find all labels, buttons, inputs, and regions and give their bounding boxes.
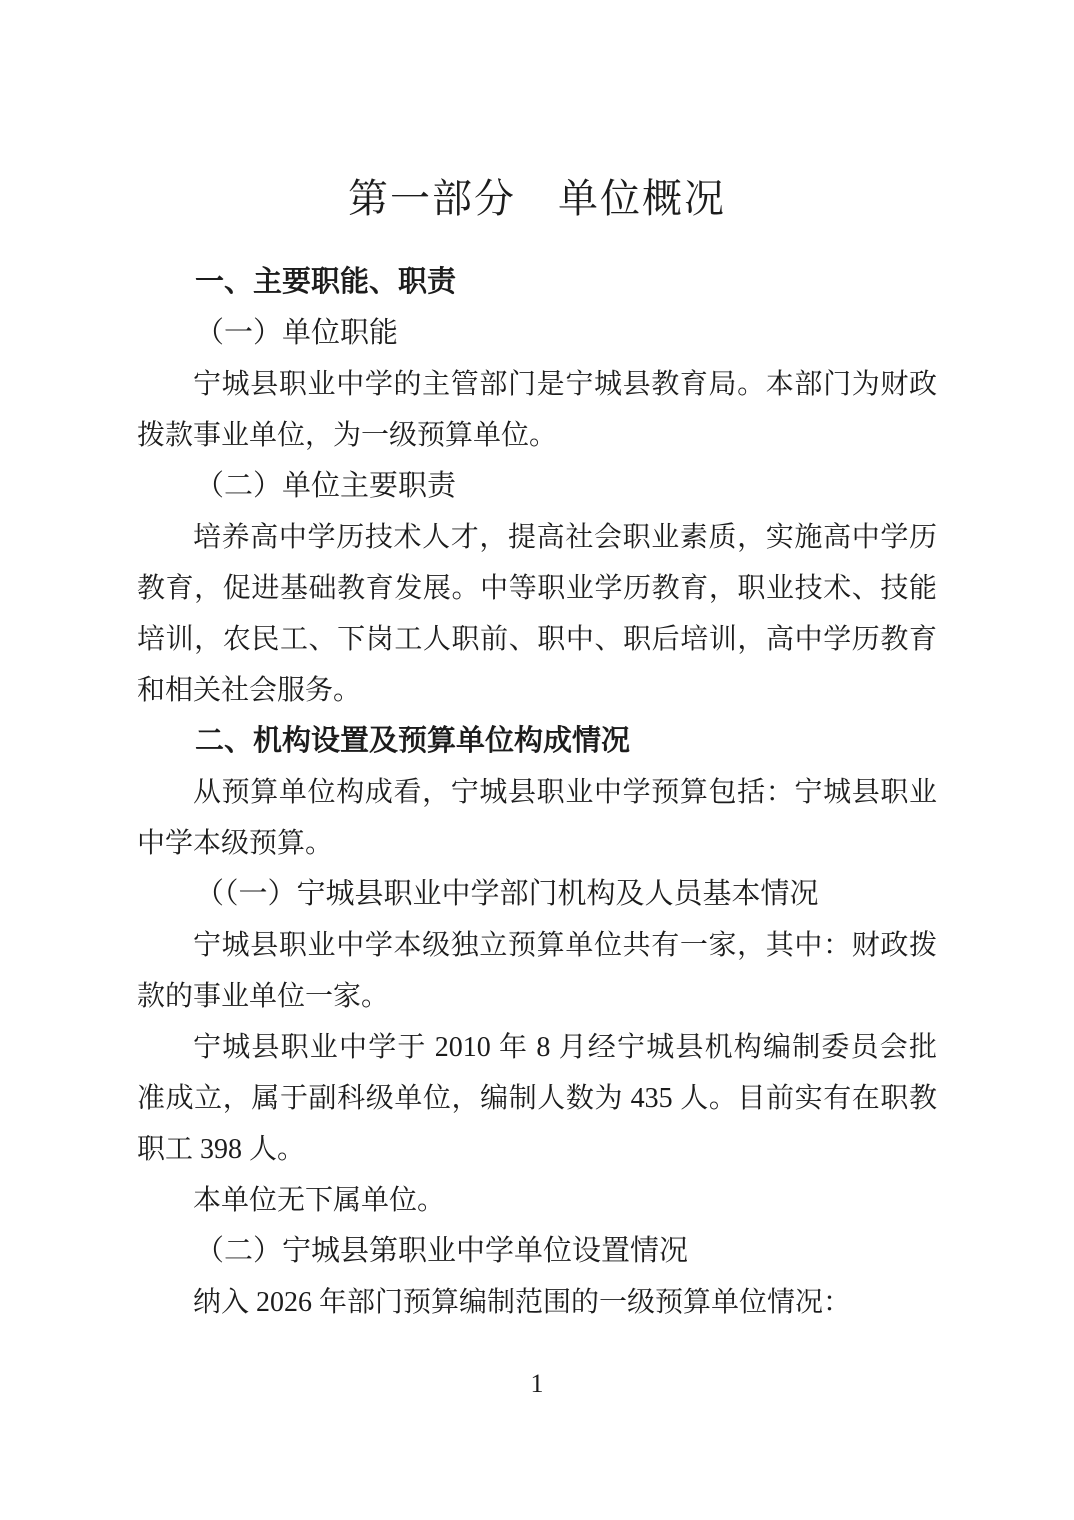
paragraph: 宁城县职业中学本级独立预算单位共有一家，其中：财政拨款的事业单位一家。 [137,920,937,1022]
paragraph: 本单位无下属单位。 [137,1175,937,1226]
text-line: 一、主要职能、职责 [137,257,937,308]
text-line: 宁城县职业中学本级独立预算单位共有一家，其中：财政拨 [137,920,937,971]
section-heading: （二）单位主要职责 [137,461,937,512]
section-heading: （（一）宁城县职业中学部门机构及人员基本情况 [137,869,937,920]
paragraph: 宁城县职业中学于 2010 年 8 月经宁城县机构编制委员会批准成立，属于副科级… [137,1022,937,1175]
text-line: （二）单位主要职责 [137,461,937,512]
document-page: 第一部分 单位概况 一、主要职能、职责（一）单位职能宁城县职业中学的主管部门是宁… [0,0,1074,1520]
paragraph: 从预算单位构成看，宁城县职业中学预算包括：宁城县职业中学本级预算。 [137,767,937,869]
paragraph: 宁城县职业中学的主管部门是宁城县教育局。本部门为财政拨款事业单位，为一级预算单位… [137,359,937,461]
text-line: 职工 398 人。 [137,1124,937,1175]
text-line: （二）宁城县第职业中学单位设置情况 [137,1226,937,1277]
text-line: 二、机构设置及预算单位构成情况 [137,716,937,767]
text-line: （（一）宁城县职业中学部门机构及人员基本情况 [137,869,937,920]
document-title: 第一部分 单位概况 [137,166,937,232]
text-line: 宁城县职业中学于 2010 年 8 月经宁城县机构编制委员会批 [137,1022,937,1073]
section-heading: 一、主要职能、职责 [137,257,937,308]
section-heading: 二、机构设置及预算单位构成情况 [137,716,937,767]
text-line: 教育，促进基础教育发展。中等职业学历教育，职业技术、技能 [137,563,937,614]
text-line: 培训，农民工、下岗工人职前、职中、职后培训，高中学历教育 [137,614,937,665]
text-line: 款的事业单位一家。 [137,971,937,1022]
text-line: 本单位无下属单位。 [137,1175,937,1226]
document-body: 一、主要职能、职责（一）单位职能宁城县职业中学的主管部门是宁城县教育局。本部门为… [137,257,937,1328]
text-line: 培养高中学历技术人才，提高社会职业素质，实施高中学历 [137,512,937,563]
paragraph: 培养高中学历技术人才，提高社会职业素质，实施高中学历教育，促进基础教育发展。中等… [137,512,937,716]
text-line: 中学本级预算。 [137,818,937,869]
page-number: 1 [0,1368,1074,1400]
section-heading: （一）单位职能 [137,308,937,359]
paragraph: 纳入 2026 年部门预算编制范围的一级预算单位情况： [137,1277,937,1328]
text-line: 和相关社会服务。 [137,665,937,716]
text-line: 从预算单位构成看，宁城县职业中学预算包括：宁城县职业 [137,767,937,818]
text-line: 准成立，属于副科级单位，编制人数为 435 人。目前实有在职教 [137,1073,937,1124]
text-line: 宁城县职业中学的主管部门是宁城县教育局。本部门为财政 [137,359,937,410]
text-line: （一）单位职能 [137,308,937,359]
section-heading: （二）宁城县第职业中学单位设置情况 [137,1226,937,1277]
text-line: 纳入 2026 年部门预算编制范围的一级预算单位情况： [137,1277,937,1328]
text-line: 拨款事业单位，为一级预算单位。 [137,410,937,461]
